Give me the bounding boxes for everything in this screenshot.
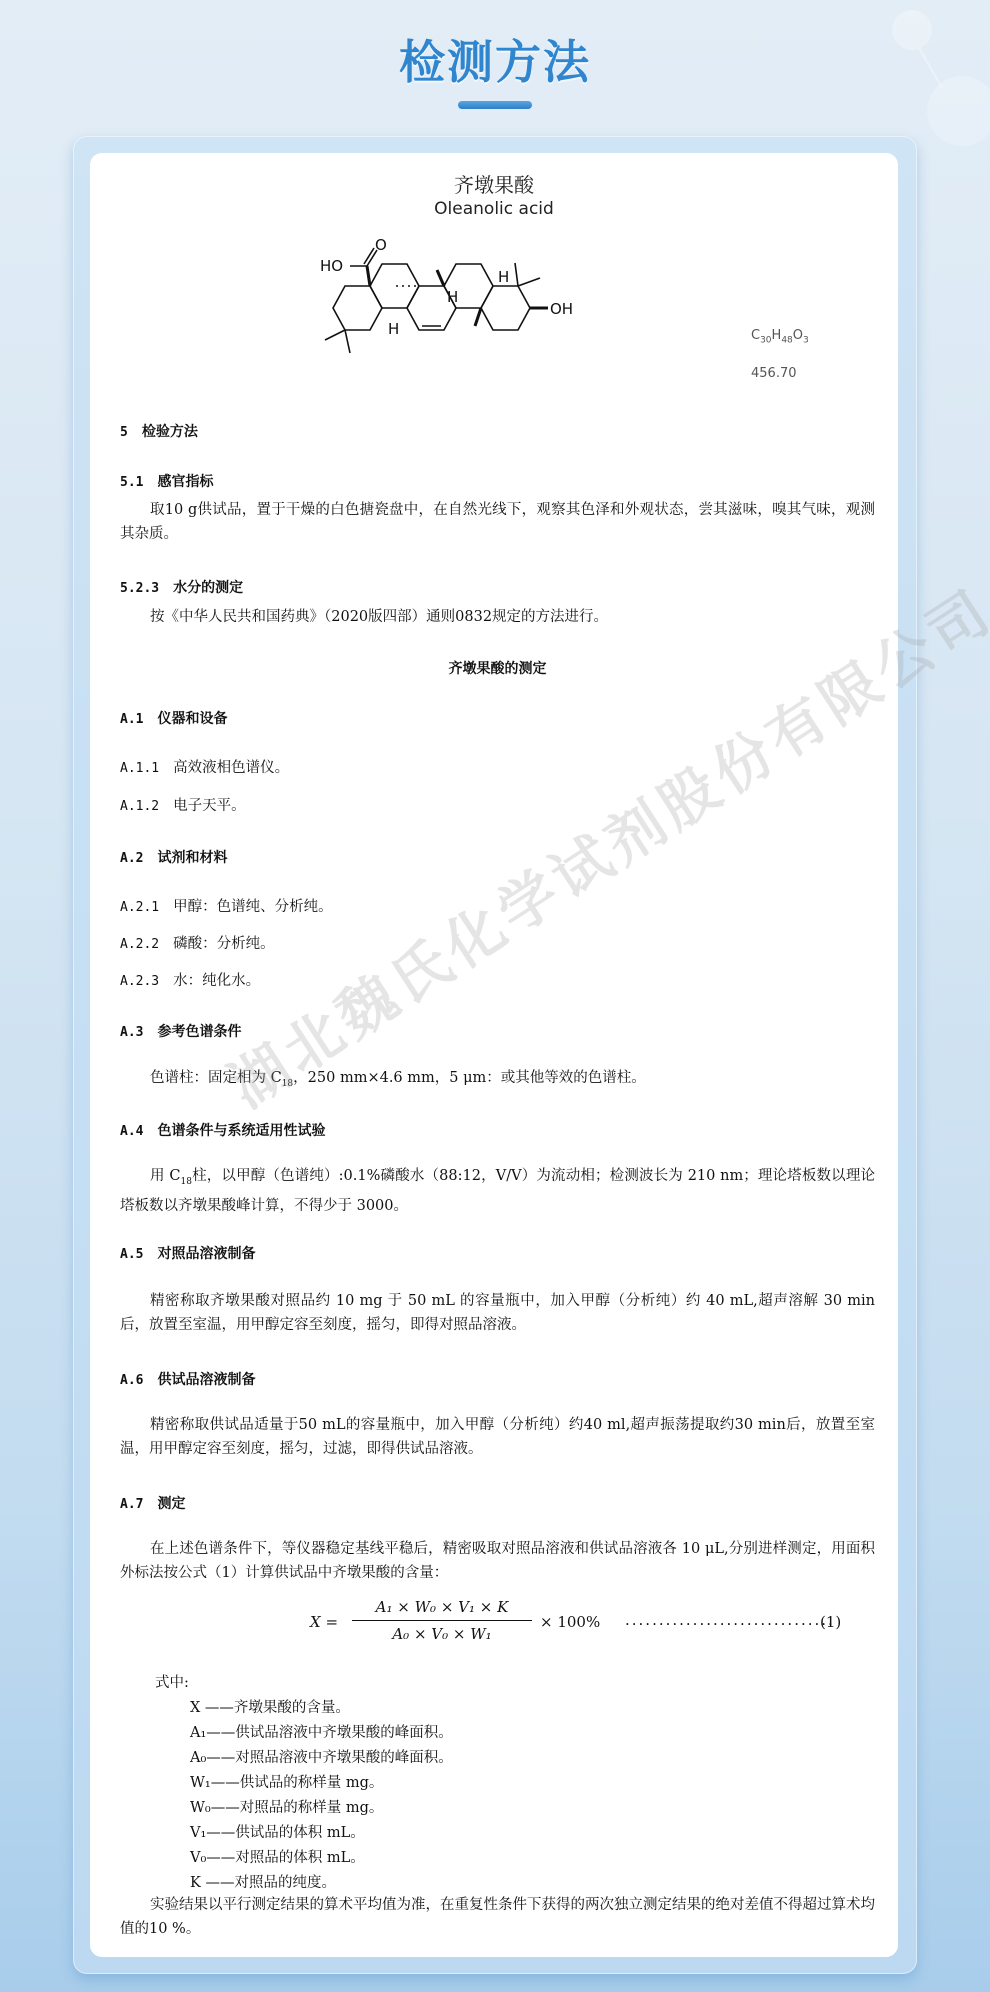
paragraph-determination: 在上述色谱条件下，等仪器稳定基线平稳后，精密吸取对照品溶液和供试品溶液各 10 … <box>120 1537 875 1585</box>
svg-text:H: H <box>447 288 458 306</box>
section-heading-5-2-3: 5.2.3水分的测定 <box>120 577 243 597</box>
chemical-structure-diagram: HO O OH H H H <box>320 238 680 398</box>
appendix-title: 齐墩果酸的测定 <box>120 658 875 678</box>
equation-numerator: A₁ × W₀ × V₁ × K <box>352 1598 532 1621</box>
compound-name-cn: 齐墩果酸 <box>90 169 898 198</box>
list-item: A.2.2磷酸：分析纯。 <box>120 932 275 953</box>
page-title: 检测方法 <box>0 26 990 92</box>
list-item: A.2.3水：纯化水。 <box>120 969 260 990</box>
variable-definition: X ——齐墩果酸的含量。 <box>190 1696 350 1717</box>
variable-definition: W₀——对照品的称样量 mg。 <box>190 1796 383 1817</box>
paragraph-sample-solution: 精密称取供试品适量于50 mL的容量瓶中，加入甲醇（分析纯）约40 ml,超声振… <box>120 1413 875 1461</box>
svg-text:H: H <box>388 320 399 338</box>
variable-definition: V₀——对照品的体积 mL。 <box>190 1846 365 1867</box>
list-item: A.1.1高效液相色谱仪。 <box>120 756 289 777</box>
compound-name-en: Oleanolic acid <box>90 199 898 219</box>
paragraph-conditions: 用 C18柱，以甲醇（色谱纯）:0.1%磷酸水（88:12，V/V）为流动相；检… <box>120 1164 875 1218</box>
variable-definition: K ——对照品的纯度。 <box>190 1871 336 1892</box>
equation-rhs: × 100% <box>540 1613 600 1631</box>
equation-leader-dots: ............................... <box>625 1611 835 1629</box>
paragraph-moisture: 按《中华人民共和国药典》（2020版四部）通则0832规定的方法进行。 <box>120 605 875 629</box>
label-ho: HO <box>320 257 343 275</box>
variable-definition: A₁——供试品溶液中齐墩果酸的峰面积。 <box>190 1721 453 1742</box>
section-heading-a3: A.3参考色谱条件 <box>120 1021 241 1041</box>
list-item: A.1.2电子天平。 <box>120 794 246 815</box>
section-heading-a6: A.6供试品溶液制备 <box>120 1369 255 1389</box>
formula-equation: X = A₁ × W₀ × V₁ × K A₀ × V₀ × W₁ × 100%… <box>310 1598 850 1658</box>
section-heading-a4: A.4色谱条件与系统适用性试验 <box>120 1120 325 1140</box>
svg-text:O: O <box>375 238 387 254</box>
section-heading-a5: A.5对照品溶液制备 <box>120 1243 255 1263</box>
section-heading-a1: A.1仪器和设备 <box>120 708 227 728</box>
molecular-weight: 456.70 <box>751 366 797 381</box>
equation-fraction: A₁ × W₀ × V₁ × K A₀ × V₀ × W₁ <box>352 1598 532 1643</box>
molecular-formula: C30H48O3 <box>751 328 809 346</box>
paragraph-conclusion: 实验结果以平行测定结果的算术平均值为准，在重复性条件下获得的两次独立测定结果的绝… <box>120 1893 875 1941</box>
list-item: A.2.1甲醇：色谱纯、分析纯。 <box>120 895 333 916</box>
paragraph-reference-solution: 精密称取齐墩果酸对照品约 10 mg 于 50 mL 的容量瓶中，加入甲醇（分析… <box>120 1289 875 1337</box>
section-heading-a7: A.7测定 <box>120 1493 185 1513</box>
variable-definition: W₁——供试品的称样量 mg。 <box>190 1771 383 1792</box>
equation-denominator: A₀ × V₀ × W₁ <box>352 1621 532 1643</box>
variable-definition: V₁——供试品的体积 mL。 <box>190 1821 365 1842</box>
section-heading-5-1: 5.1感官指标 <box>120 471 213 491</box>
svg-text:OH: OH <box>550 300 573 318</box>
svg-text:H: H <box>498 268 509 286</box>
variable-definition: A₀——对照品溶液中齐墩果酸的峰面积。 <box>190 1746 453 1767</box>
section-heading-a2: A.2试剂和材料 <box>120 847 227 867</box>
equation-lhs: X = <box>310 1613 338 1631</box>
paragraph-column: 色谱柱：固定相为 C18，250 mm×4.6 mm，5 μm：或其他等效的色谱… <box>120 1066 875 1096</box>
section-heading-5: 5检验方法 <box>120 421 198 441</box>
company-watermark: 湖北魏氏化学试剂股份有限公司 <box>210 565 990 1123</box>
title-underline <box>458 101 532 109</box>
document-card: 齐墩果酸 Oleanolic acid <box>90 153 898 1957</box>
where-label: 式中: <box>155 1671 189 1692</box>
paragraph-sensory: 取10 g供试品，置于干燥的白色搪瓷盘中，在自然光线下，观察其色泽和外观状态，尝… <box>120 498 875 546</box>
equation-number: (1) <box>820 1613 841 1631</box>
